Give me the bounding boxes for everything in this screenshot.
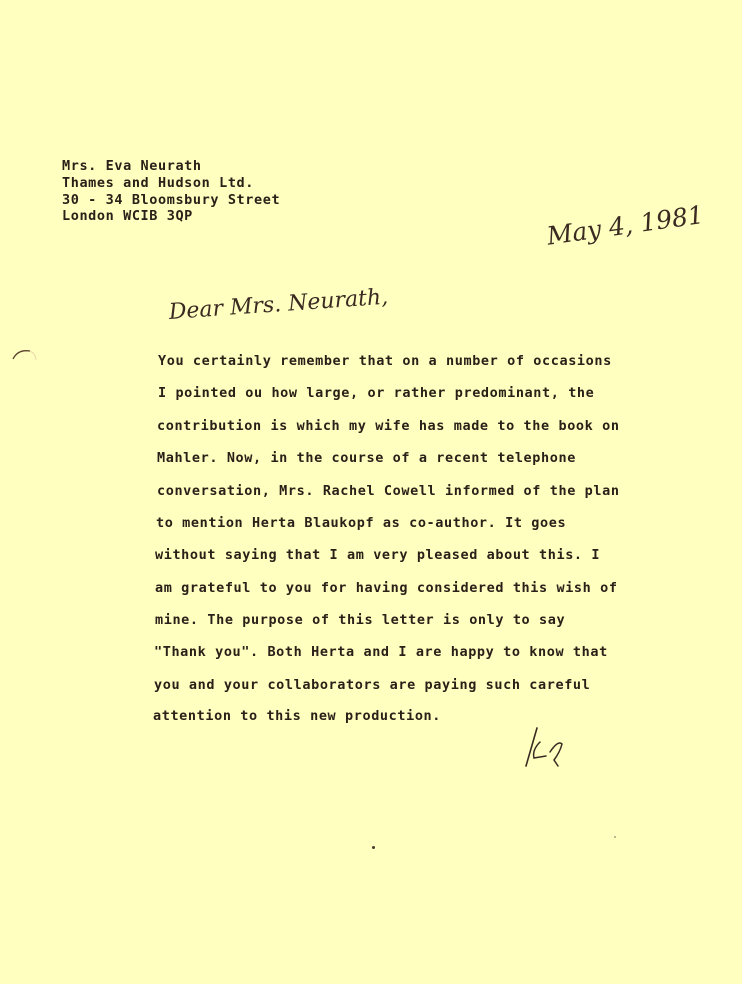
signature-initials: KB	[520, 728, 580, 773]
handwritten-salutation: Dear Mrs. Neurath,	[168, 285, 389, 325]
address-line: 30 - 34 Bloomsbury Street	[62, 192, 280, 208]
paper-speck	[372, 846, 375, 849]
body-line: you and your collaborators are paying su…	[154, 677, 590, 693]
body-line: am grateful to you for having considered…	[155, 580, 618, 596]
handwritten-date: May 4, 1981	[545, 200, 705, 251]
body-line: conversation, Mrs. Rachel Cowell informe…	[157, 483, 620, 499]
body-line: contribution is which my wife has made t…	[157, 418, 620, 434]
body-line: "Thank you". Both Herta and I are happy …	[154, 644, 608, 660]
body-line: attention to this new production.	[153, 708, 441, 724]
body-line: mine. The purpose of this letter is only…	[155, 612, 565, 628]
body-line: You certainly remember that on a number …	[158, 353, 612, 369]
address-line: London WCIB 3QP	[62, 208, 193, 224]
address-line: Thames and Hudson Ltd.	[62, 175, 254, 191]
body-line: Mahler. Now, in the course of a recent t…	[157, 450, 576, 466]
body-line: without saying that I am very pleased ab…	[155, 547, 600, 563]
punch-hole-mark-icon	[10, 345, 40, 370]
paper-speck	[614, 836, 616, 838]
body-line: to mention Herta Blaukopf as co-author. …	[156, 515, 566, 531]
address-line: Mrs. Eva Neurath	[62, 158, 202, 174]
body-line: I pointed ou how large, or rather predom…	[158, 385, 594, 401]
